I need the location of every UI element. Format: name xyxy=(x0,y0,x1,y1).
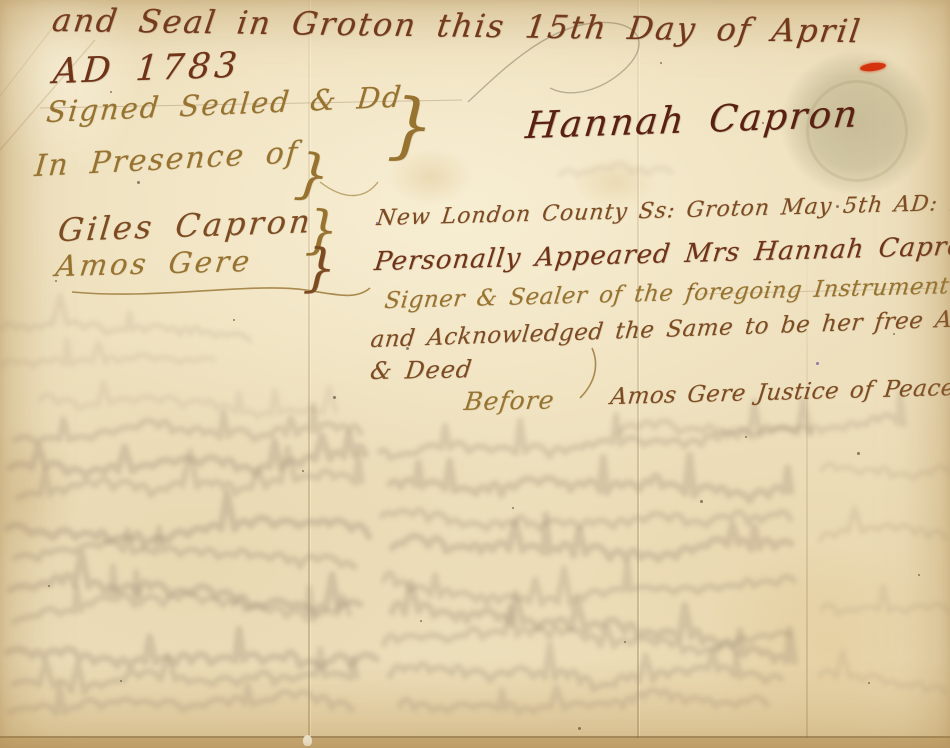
bleedthrough-line xyxy=(820,508,946,542)
foxing-speck xyxy=(700,500,703,503)
bleedthrough-line xyxy=(14,645,357,696)
foxing-speck xyxy=(233,319,235,321)
foxing-speck xyxy=(624,641,626,643)
brace-flourish: } xyxy=(292,146,332,203)
acknowledgment-free-act-line: and Acknowledged the Same to be her free… xyxy=(369,306,950,354)
closing-line-2-date: AD 1783 xyxy=(51,45,242,92)
foxing-speck xyxy=(816,362,819,365)
foxing-speck xyxy=(137,181,140,184)
bleedthrough-line xyxy=(822,464,950,479)
foxing-speck xyxy=(420,620,422,622)
bottom-fold-edge xyxy=(0,736,950,748)
justice-signature-amos-gere: Amos Gere Justice of Peace xyxy=(609,375,950,411)
paper-notch xyxy=(303,735,312,746)
acknowledgment-appeared-line: Personally Appeared Mrs Hannah Capron xyxy=(373,232,950,278)
acknowledgment-deed-line: & Deed xyxy=(369,356,474,385)
bleedthrough-line xyxy=(382,505,790,532)
acknowledgment-signer-line: Signer & Sealer of the foregoing Instrum… xyxy=(383,273,950,314)
witness-signature-giles-capron: Giles Capron xyxy=(56,203,315,249)
foxing-speck xyxy=(578,727,581,730)
paper-stain xyxy=(700,545,950,748)
foxing-speck xyxy=(120,680,122,682)
foxing-speck xyxy=(302,470,304,472)
foxing-speck xyxy=(333,396,336,399)
foxing-speck xyxy=(745,436,747,438)
bleedthrough-line xyxy=(390,451,792,501)
foxing-speck xyxy=(512,507,514,509)
pen-flourish xyxy=(320,182,378,196)
pen-flourish xyxy=(580,348,596,398)
brace-flourish: } xyxy=(302,242,337,295)
bleedthrough-line xyxy=(380,400,810,458)
closing-line-1: and Seal in Groton this 15th Day of Apri… xyxy=(50,2,864,50)
manuscript-scan: and Seal in Groton this 15th Day of Apri… xyxy=(0,0,950,748)
foxing-speck xyxy=(48,585,50,587)
bleedthrough-line xyxy=(392,515,791,560)
witness-signature-amos-gere: Amos Gere xyxy=(54,245,255,284)
bleedthrough-line xyxy=(8,629,376,667)
bleedthrough-line xyxy=(40,383,336,417)
bleedthrough-line xyxy=(0,295,250,340)
bleedthrough-line xyxy=(10,681,352,715)
bleedthrough-line xyxy=(13,563,349,623)
paper-stain xyxy=(0,420,80,570)
foxing-speck xyxy=(660,62,662,64)
bleedthrough-line xyxy=(0,338,213,368)
brace-flourish: } xyxy=(386,88,436,162)
foxing-speck xyxy=(857,452,860,455)
before-label: Before xyxy=(462,386,556,416)
